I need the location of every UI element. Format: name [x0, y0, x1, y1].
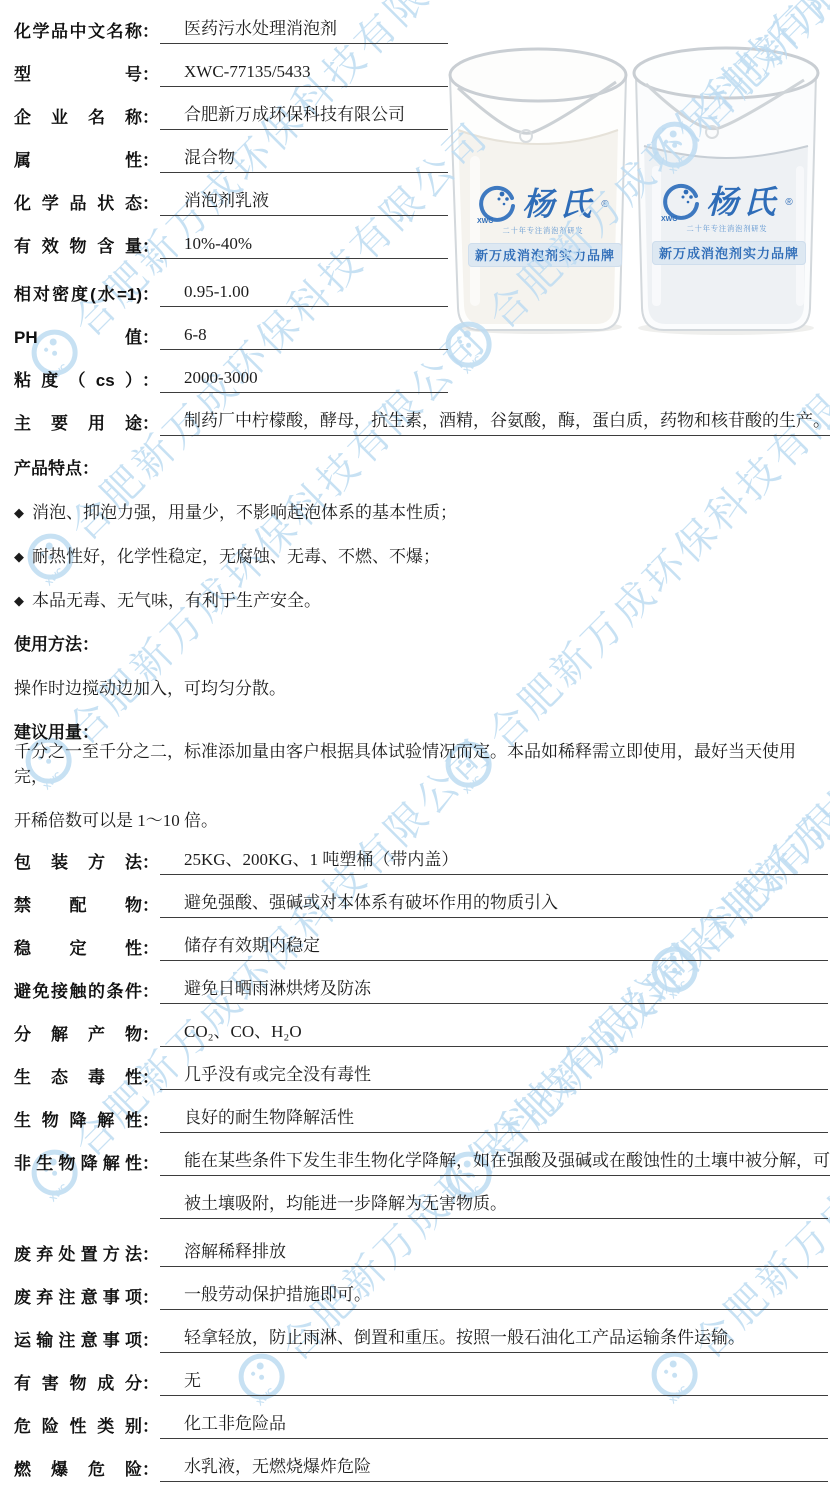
field-row-biodegradability: 生物降解性： 良好的耐生物降解活性 — [14, 1105, 828, 1133]
label-colon: ： — [142, 328, 159, 347]
field-value: 混合物 — [160, 143, 448, 173]
dosage-line-2: 开稀倍数可以是 1～10 倍。 — [14, 803, 828, 831]
label-colon: ： — [142, 853, 159, 872]
field-row-density: 相对密度(水=1)： 0.95-1.00 — [14, 279, 448, 307]
field-label: 避免接触的条件 — [14, 977, 142, 1002]
label-colon: ： — [142, 1374, 159, 1393]
field-row-main-use: 主要用途： 制药厂中柠檬酸，酵母，抗生素，酒精，谷氨酸，酶，蛋白质，药物和核苷酸… — [14, 408, 828, 436]
field-label: 有效物含量 — [14, 232, 142, 257]
field-value: 0.95-1.00 — [160, 282, 448, 307]
field-label: 稳定性 — [14, 934, 142, 959]
field-value: 2000-3000 — [160, 368, 448, 393]
field-row-transport-precautions: 运输注意事项： 轻拿轻放，防止雨淋、倒置和重压。按照一般石油化工产品运输条件运输… — [14, 1325, 828, 1353]
diamond-bullet-icon: ◆ — [14, 593, 24, 611]
field-row-explosion-hazard: 燃爆危险： 水乳液，无燃烧爆炸危险 — [14, 1454, 828, 1482]
field-value: 合肥新万成环保科技有限公司 — [160, 100, 448, 130]
field-value: 6-8 — [160, 325, 448, 350]
field-row-packing: 包装方法： 25KG、200KG、1 吨塑桶（带内盖） — [14, 847, 828, 875]
field-value: CO₂、CO、H₂O — [160, 1017, 828, 1047]
field-value: 化工非危险品 — [160, 1409, 828, 1439]
feature-item: ◆ 耐热性好，化学性稳定，无腐蚀、无毒、不燃、不爆； — [14, 539, 828, 567]
field-value-continued: 被土壤吸附，均能进一步降解为无害物质。 — [160, 1189, 828, 1219]
field-value: 制药厂中柠檬酸，酵母，抗生素，酒精，谷氨酸，酶，蛋白质，药物和核苷酸的生产。 — [160, 406, 830, 436]
field-value: 能在某些条件下发生非生物化学降解，如在强酸及强碱或在酸蚀性的土壤中被分解，可 — [160, 1146, 830, 1176]
top-field-rows: 化学品中文名称： 医药污水处理消泡剂 型号： XWC-77135/5433 企业… — [14, 16, 448, 393]
field-label: 禁配物 — [14, 891, 142, 916]
usage-method-text: 操作时边搅动边加入，可均匀分散。 — [14, 671, 828, 699]
label-colon: ： — [142, 65, 159, 84]
spec-sheet: 化学品中文名称： 医药污水处理消泡剂 型号： XWC-77135/5433 企业… — [0, 0, 830, 1500]
field-label: 危险性类别 — [14, 1412, 142, 1437]
label-colon: ： — [142, 371, 159, 390]
field-label: 粘度（cs） — [14, 366, 142, 391]
diamond-bullet-icon: ◆ — [14, 549, 24, 567]
label-colon: ： — [142, 896, 159, 915]
field-label: 生态毒性 — [14, 1063, 142, 1088]
label-colon: ： — [142, 1111, 159, 1130]
field-value: 几乎没有或完全没有毒性 — [160, 1060, 828, 1090]
field-value: 一般劳动保护措施即可。 — [160, 1280, 828, 1310]
field-row-stability: 稳定性： 储存有效期内稳定 — [14, 933, 828, 961]
label-colon: ： — [142, 1288, 159, 1307]
field-value: 医药污水处理消泡剂 — [160, 14, 448, 44]
field-label: 分解产物 — [14, 1020, 142, 1045]
field-label: 主要用途 — [14, 409, 142, 434]
field-row-model: 型号： XWC-77135/5433 — [14, 59, 448, 87]
feature-text: 本品无毒、无气味，有利于生产安全。 — [32, 586, 321, 611]
feature-text: 耐热性好，化学性稳定，无腐蚀、无毒、不燃、不爆； — [32, 542, 440, 567]
label-colon: ： — [142, 285, 159, 304]
label-colon: ： — [142, 1154, 159, 1173]
field-row-hazard-class: 危险性类别： 化工非危险品 — [14, 1411, 828, 1439]
label-colon: ： — [142, 1460, 159, 1479]
field-value: 无 — [160, 1366, 828, 1396]
field-value: 水乳液，无燃烧爆炸危险 — [160, 1452, 828, 1482]
field-row-disposal-precautions: 废弃注意事项： 一般劳动保护措施即可。 — [14, 1282, 828, 1310]
field-row-decomposition-products: 分解产物： CO₂、CO、H₂O — [14, 1019, 828, 1047]
feature-text: 消泡、抑泡力强，用量少，不影响起泡体系的基本性质； — [32, 498, 457, 523]
field-label: 包装方法 — [14, 848, 142, 873]
field-row-company: 企业名称： 合肥新万成环保科技有限公司 — [14, 102, 448, 130]
field-label: 相对密度(水=1) — [14, 280, 142, 305]
field-row-active-content: 有效物含量： 10%-40% — [14, 231, 448, 259]
field-row-ph: PH值： 6-8 — [14, 322, 448, 350]
label-colon: ： — [142, 1331, 159, 1350]
field-label: 非生物降解性 — [14, 1149, 142, 1174]
label-colon: ： — [142, 1417, 159, 1436]
field-label: 化学品状态 — [14, 189, 142, 214]
field-row-viscosity: 粘度（cs）： 2000-3000 — [14, 365, 448, 393]
label-colon: ： — [142, 237, 159, 256]
section-heading-features: 产品特点： — [14, 451, 828, 479]
field-row-ecotoxicity: 生态毒性： 几乎没有或完全没有毒性 — [14, 1062, 828, 1090]
diamond-bullet-icon: ◆ — [14, 505, 24, 523]
field-label: 属性 — [14, 146, 142, 171]
field-row-incompatibles: 禁配物： 避免强酸、强碱或对本体系有破坏作用的物质引入 — [14, 890, 828, 918]
field-value: 溶解稀释排放 — [160, 1237, 828, 1267]
label-colon: ： — [142, 1025, 159, 1044]
label-colon: ： — [142, 1068, 159, 1087]
field-value: 良好的耐生物降解活性 — [160, 1103, 828, 1133]
label-colon: ： — [142, 108, 159, 127]
field-label: 废弃注意事项 — [14, 1283, 142, 1308]
field-row-disposal-method: 废弃处置方法： 溶解稀释排放 — [14, 1239, 828, 1267]
field-label: 有害物成分 — [14, 1369, 142, 1394]
field-label: PH值 — [14, 323, 142, 348]
field-label: 型号 — [14, 60, 142, 85]
field-value: 10%-40% — [160, 234, 448, 259]
section-heading-usage-method: 使用方法： — [14, 627, 828, 655]
field-value: 避免日晒雨淋烘烤及防冻 — [160, 974, 828, 1004]
label-colon: ： — [142, 194, 159, 213]
dosage-line-1: 千分之一至千分之二，标准添加量由客户根据具体试验情况而定。本品如稀释需立即使用，… — [14, 759, 828, 787]
feature-item: ◆ 消泡、抑泡力强，用量少，不影响起泡体系的基本性质； — [14, 495, 828, 523]
label-colon: ： — [142, 939, 159, 958]
field-value: 避免强酸、强碱或对本体系有破坏作用的物质引入 — [160, 888, 828, 918]
field-label: 运输注意事项 — [14, 1326, 142, 1351]
field-value: 消泡剂乳液 — [160, 186, 448, 216]
label-colon: ： — [142, 982, 159, 1001]
label-colon: ： — [142, 1245, 159, 1264]
field-value: 轻拿轻放，防止雨淋、倒置和重压。按照一般石油化工产品运输条件运输。 — [160, 1323, 828, 1353]
field-label: 废弃处置方法 — [14, 1240, 142, 1265]
field-row-state: 化学品状态： 消泡剂乳液 — [14, 188, 448, 216]
field-row-attribute: 属性： 混合物 — [14, 145, 448, 173]
label-colon: ： — [142, 414, 159, 433]
field-value: 25KG、200KG、1 吨塑桶（带内盖） — [160, 845, 828, 875]
field-value: 储存有效期内稳定 — [160, 931, 828, 961]
label-colon: ： — [142, 151, 159, 170]
field-row-abiotic-degradability: 非生物降解性： 能在某些条件下发生非生物化学降解，如在强酸及强碱或在酸蚀性的土壤… — [14, 1148, 828, 1176]
label-colon: ： — [142, 22, 159, 41]
field-label: 生物降解性 — [14, 1106, 142, 1131]
field-label: 企业名称 — [14, 103, 142, 128]
field-row-chemical-name: 化学品中文名称： 医药污水处理消泡剂 — [14, 16, 448, 44]
field-row-harmful-components: 有害物成分： 无 — [14, 1368, 828, 1396]
field-label: 化学品中文名称 — [14, 17, 142, 42]
field-label: 燃爆危险 — [14, 1455, 142, 1480]
feature-item: ◆ 本品无毒、无气味，有利于生产安全。 — [14, 583, 828, 611]
field-value: XWC-77135/5433 — [160, 62, 448, 87]
field-row-conditions-to-avoid: 避免接触的条件： 避免日晒雨淋烘烤及防冻 — [14, 976, 828, 1004]
field-row-abiotic-degradability-cont: 被土壤吸附，均能进一步降解为无害物质。 — [14, 1191, 828, 1219]
